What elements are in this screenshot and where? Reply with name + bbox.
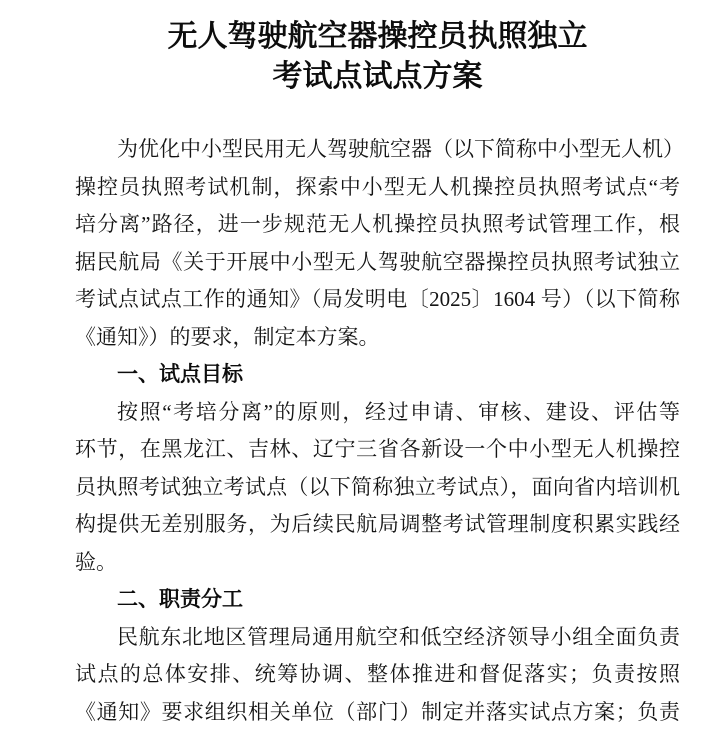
text-line: 民航东北地区管理局通用航空和低空经济领导小组全面负责 [75, 619, 680, 657]
document-page: 无人驾驶航空器操控员执照独立 考试点试点方案 为优化中小型民用无人驾驶航空器（以… [0, 0, 718, 735]
title-line-2: 考试点试点方案 [75, 57, 680, 97]
paragraph: 民航东北地区管理局通用航空和低空经济领导小组全面负责试点的总体安排、统筹协调、整… [75, 619, 680, 732]
section-heading: 一、试点目标 [75, 356, 680, 394]
text-line: 《通知》要求组织相关单位（部门）制定并落实试点方案；负责 [75, 694, 680, 732]
text-line: 员执照考试独立考试点（以下简称独立考试点），面向省内培训机 [75, 469, 680, 507]
paragraph: 为优化中小型民用无人驾驶航空器（以下简称中小型无人机）操控员执照考试机制，探索中… [75, 131, 680, 356]
document-body: 为优化中小型民用无人驾驶航空器（以下简称中小型无人机）操控员执照考试机制，探索中… [75, 131, 680, 731]
section-heading: 二、职责分工 [75, 581, 680, 619]
text-line: 构提供无差别服务，为后续民航局调整考试管理制度积累实践经 [75, 506, 680, 544]
text-line: 考试点试点工作的通知》（局发明电〔2025〕1604 号）（以下简称 [75, 281, 680, 319]
paragraph: 按照“考培分离”的原则，经过申请、审核、建设、评估等环节，在黑龙江、吉林、辽宁三… [75, 394, 680, 582]
text-line: 验。 [75, 544, 680, 582]
heading-line: 一、试点目标 [75, 356, 680, 394]
document-title: 无人驾驶航空器操控员执照独立 考试点试点方案 [75, 17, 680, 97]
text-line: 环节，在黑龙江、吉林、辽宁三省各新设一个中小型无人机操控 [75, 431, 680, 469]
text-line: 培分离”路径，进一步规范无人机操控员执照考试管理工作，根 [75, 206, 680, 244]
heading-line: 二、职责分工 [75, 581, 680, 619]
title-line-1: 无人驾驶航空器操控员执照独立 [75, 17, 680, 57]
text-line: 据民航局《关于开展中小型无人驾驶航空器操控员执照考试独立 [75, 244, 680, 282]
text-line: 操控员执照考试机制，探索中小型无人机操控员执照考试点“考 [75, 169, 680, 207]
text-line: 《通知》）的要求，制定本方案。 [75, 319, 680, 357]
text-line: 为优化中小型民用无人驾驶航空器（以下简称中小型无人机） [75, 131, 680, 169]
text-line: 试点的总体安排、统筹协调、整体推进和督促落实；负责按照 [75, 656, 680, 694]
text-line: 按照“考培分离”的原则，经过申请、审核、建设、评估等 [75, 394, 680, 432]
